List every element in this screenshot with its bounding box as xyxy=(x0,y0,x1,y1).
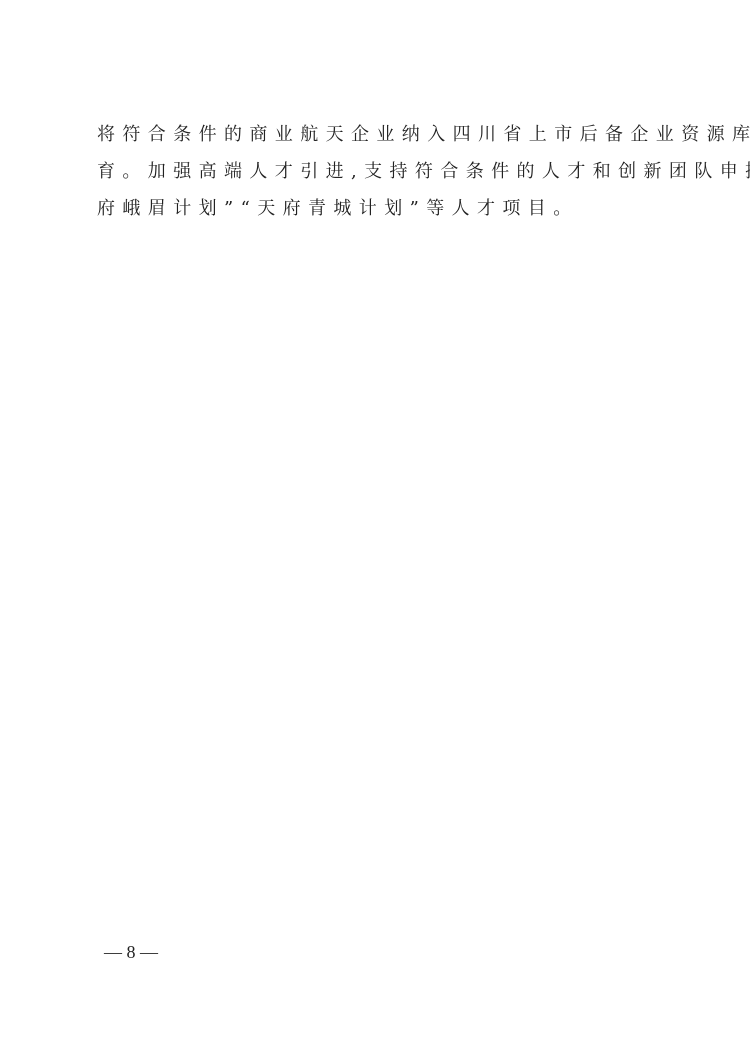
document-page: 将符合条件的商业航天企业纳入四川省上市后备企业资源库培 育。加强高端人才引进,支… xyxy=(0,0,750,1061)
paragraph-line-2: 育。加强高端人才引进,支持符合条件的人才和创新团队申报“天 xyxy=(97,153,677,190)
paragraph-line-3: 府峨眉计划”“天府青城计划”等人才项目。 xyxy=(97,190,677,227)
paragraph-line-1: 将符合条件的商业航天企业纳入四川省上市后备企业资源库培 xyxy=(97,116,677,153)
body-paragraph: 将符合条件的商业航天企业纳入四川省上市后备企业资源库培 育。加强高端人才引进,支… xyxy=(97,116,677,227)
page-number: — 8 — xyxy=(104,942,158,963)
